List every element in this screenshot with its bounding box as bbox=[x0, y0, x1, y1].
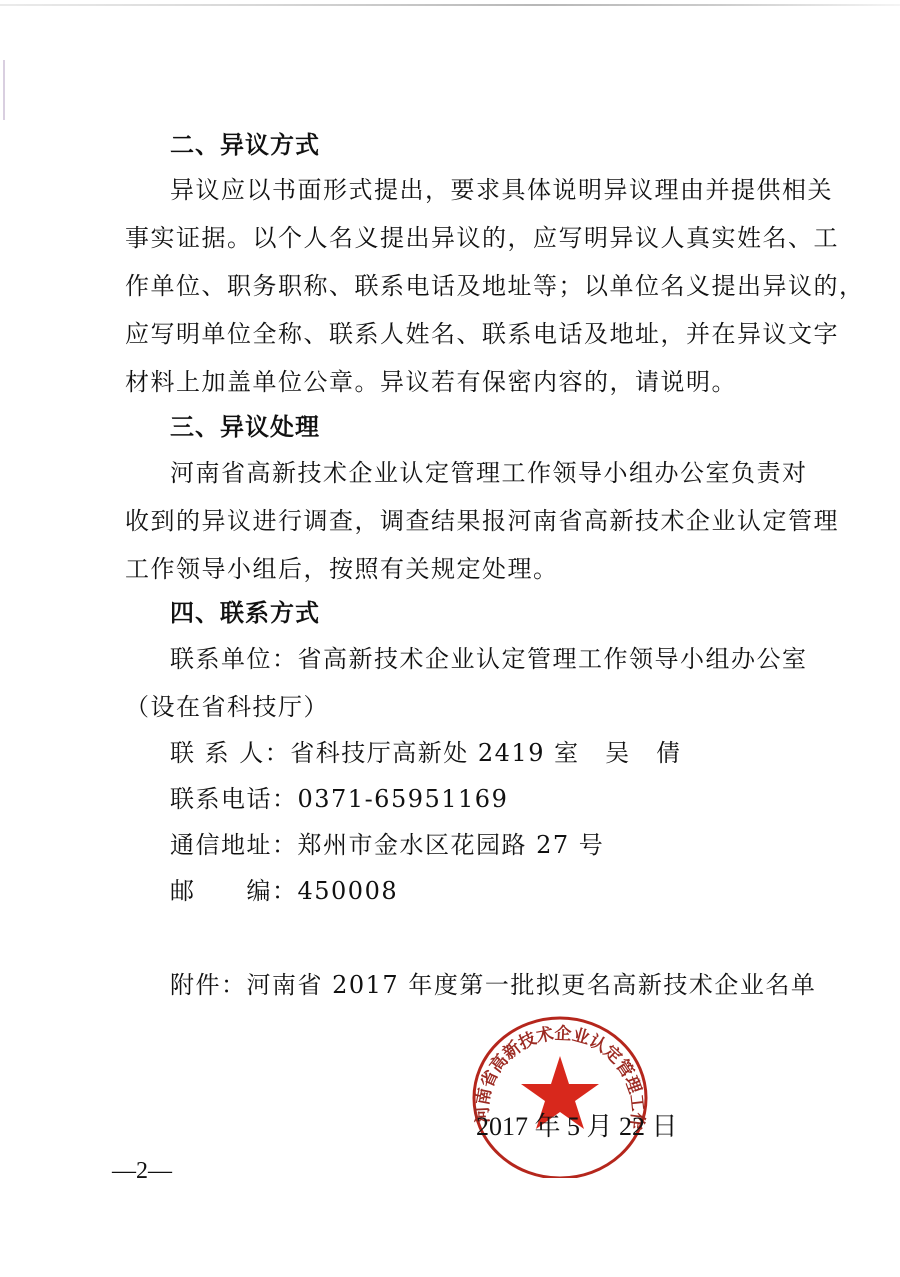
scan-edge-line bbox=[0, 4, 900, 6]
attachment-note: 附件：河南省 2017 年度第一批拟更名高新技术企业名单 bbox=[170, 970, 816, 1000]
scan-edge-mark bbox=[3, 60, 5, 120]
section-heading-contact: 四、联系方式 bbox=[170, 598, 320, 628]
contact-phone: 联系电话：0371-65951169 bbox=[170, 784, 508, 814]
contact-unit-location: （设在省科技厅） bbox=[125, 692, 329, 722]
paragraph-line: 作单位、职务职称、联系电话及地址等；以单位名义提出异议的， bbox=[125, 271, 865, 301]
paragraph-line: 工作领导小组后，按照有关规定处理。 bbox=[125, 554, 559, 584]
official-seal-icon: 河南省高新技术企业认定管理工作领导小组办公室 bbox=[462, 1008, 658, 1178]
paragraph-line: 材料上加盖单位公章。异议若有保密内容的，请说明。 bbox=[125, 367, 737, 397]
section-heading-objection-handling: 三、异议处理 bbox=[170, 412, 320, 442]
paragraph-line: 收到的异议进行调查，调查结果报河南省高新技术企业认定管理 bbox=[125, 506, 839, 536]
contact-person: 联 系 人：省科技厅高新处 2419 室 吴 倩 bbox=[170, 738, 682, 768]
section-heading-objection-method: 二、异议方式 bbox=[170, 130, 320, 160]
issue-date: 2017 年 5 月 22 日 bbox=[476, 1110, 678, 1144]
page-number: —2— bbox=[112, 1156, 172, 1186]
paragraph-line: 事实证据。以个人名义提出异议的，应写明异议人真实姓名、工 bbox=[125, 223, 839, 253]
contact-address: 通信地址：郑州市金水区花园路 27 号 bbox=[170, 830, 604, 860]
contact-postcode: 邮 编：450008 bbox=[170, 876, 398, 906]
contact-unit: 联系单位：省高新技术企业认定管理工作领导小组办公室 bbox=[170, 644, 808, 674]
paragraph-line: 河南省高新技术企业认定管理工作领导小组办公室负责对 bbox=[170, 458, 808, 488]
paragraph-line: 异议应以书面形式提出，要求具体说明异议理由并提供相关 bbox=[170, 175, 833, 205]
paragraph-line: 应写明单位全称、联系人姓名、联系电话及地址，并在异议文字 bbox=[125, 319, 839, 349]
